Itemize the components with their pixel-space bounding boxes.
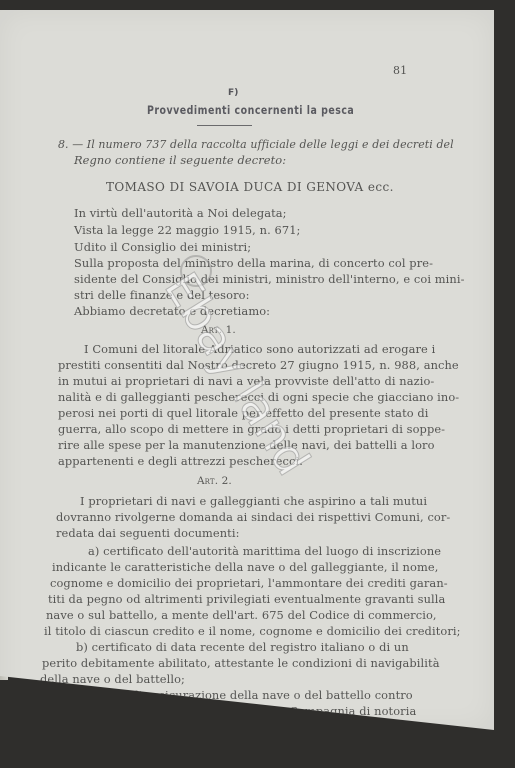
decree-intro-line: Regno contiene il seguente decreto: [74, 153, 286, 167]
article-2-line: I proprietari di navi e galleggianti che… [80, 494, 427, 508]
article-1-line: nalità e di galleggianti pescherecci di … [58, 390, 459, 404]
article-2-line: a) certificato dell'autorità marittima d… [88, 544, 441, 558]
article-2-line: della nave o del battello; [40, 672, 185, 686]
article-2-line: solvibilità; [38, 720, 99, 734]
preamble-line: Vista la legge 22 maggio 1915, n. 671; [74, 223, 300, 237]
article-2-line: dovranno rivolgerne domanda ai sindaci d… [56, 510, 450, 524]
article-2-line: il titolo di ciascun credito e il nome, … [44, 624, 461, 638]
article-2-line: c) polizza di assicurazione della nave o… [72, 688, 413, 702]
page-number: 81 [393, 64, 407, 77]
article-2-line: perito debitamente abilitato, attestante… [42, 656, 440, 670]
article-1-line: I Comuni del litorale Adriatico sono aut… [84, 342, 435, 356]
document-page: 81 F) Provvedimenti concernenti la pesca… [0, 10, 494, 730]
preamble-line: Abbiamo decretato e decretiamo: [74, 304, 270, 318]
article-2-line: gli incendi e lo scoppio del fulmine pre… [38, 704, 416, 718]
preamble-line: sidente del Consiglio dei ministri, mini… [74, 272, 465, 286]
title-rule [197, 125, 252, 126]
article-1-line: rire alle spese per la manutenzione dell… [58, 438, 435, 452]
decree-issuer: TOMASO DI SAVOIA DUCA DI GENOVA ecc. [106, 180, 394, 194]
article-2-line: titi da pegno od altrimenti privilegiati… [48, 592, 445, 606]
article-1-line: perosi nei porti di quel litorale per ef… [58, 406, 429, 420]
section-letter: F) [228, 88, 238, 98]
preamble-line: stri delle finanze e del tesoro: [74, 288, 250, 302]
article-2-line: nave o sul battello, a mente dell'art. 6… [46, 608, 437, 622]
section-title: Provvedimenti concernenti la pesca [147, 103, 354, 117]
preamble-line: Udito il Consiglio dei ministri; [74, 240, 251, 254]
article-2-line: redata dai seguenti documenti: [56, 526, 240, 540]
article-heading-1: Art. 1. [201, 324, 236, 336]
article-1-line: guerra, allo scopo di mettere in grado i… [58, 422, 445, 436]
article-heading-2: Art. 2. [197, 475, 232, 487]
decree-intro-line: 8. — Il numero 737 della raccolta uffici… [58, 137, 454, 151]
article-2-line: b) certificato di data recente del regis… [76, 640, 409, 654]
article-1-line: appartenenti e degli attrezzi pescherecc… [58, 454, 303, 468]
article-2-line: cognome e domicilio dei proprietari, l'a… [50, 576, 448, 590]
article-2-line: indicante le caratteristiche della nave … [52, 560, 438, 574]
article-1-line: prestiti consentiti dal Nostro decreto 2… [58, 358, 459, 372]
preamble-line: Sulla proposta del ministro della marina… [74, 256, 433, 270]
article-1-line: in mutui ai proprietari di navi a vela p… [58, 374, 434, 388]
preamble-line: In virtù dell'autorità a Noi delegata; [74, 206, 287, 220]
